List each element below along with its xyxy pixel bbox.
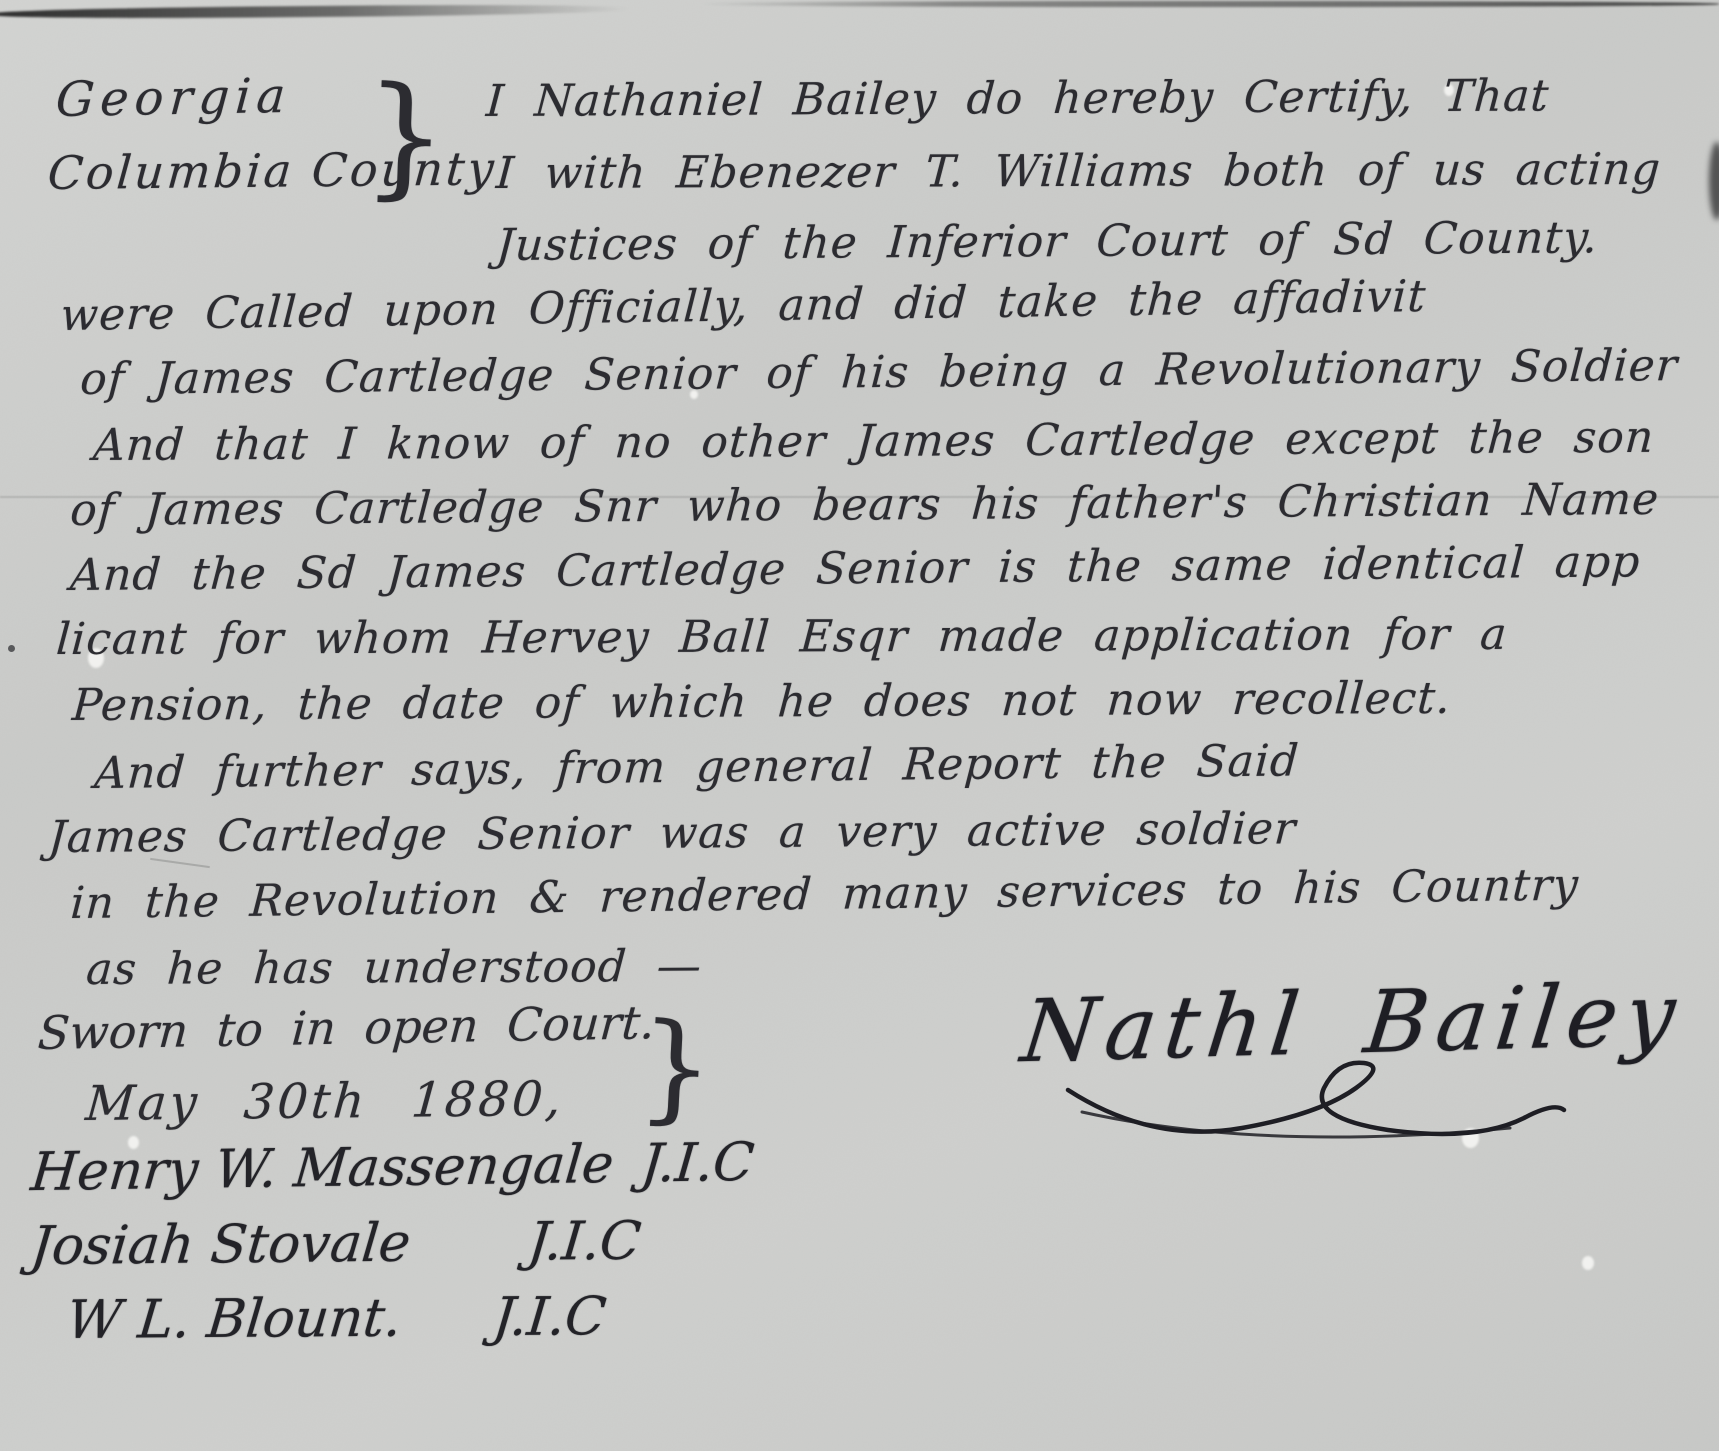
body-line: And that I know of no other James Cartle… <box>92 412 1656 471</box>
paper-fleck <box>1462 1128 1479 1148</box>
body-line: in the Revolution & rendered many servic… <box>69 860 1580 929</box>
sworn-statement: Sworn to in open Court. <box>36 995 656 1060</box>
body-line: James Cartledge Senior was a very active… <box>47 803 1298 863</box>
body-line: I Nathaniel Bailey do hereby Certify, Th… <box>485 70 1551 127</box>
body-line: licant for whom Hervey Ball Esqr made ap… <box>55 609 1510 665</box>
witness-title: J.I.C <box>639 1132 757 1195</box>
body-line: as he has understood — <box>85 941 704 995</box>
scan-artifact-streak <box>700 1 1719 7</box>
witness-name: W L. Blount. <box>64 1288 404 1351</box>
body-line: of James Cartledge Senior of his being a… <box>79 340 1680 405</box>
witness-signature-row: Josiah StovaleJ.I.C <box>28 1211 643 1277</box>
body-line: were Called upon Officially, and did tak… <box>59 271 1427 341</box>
venue-state: Georgia <box>54 68 293 128</box>
scan-artifact-streak <box>0 3 630 20</box>
witness-title: J.I.C <box>525 1211 643 1273</box>
paper-fleck <box>1582 1256 1594 1270</box>
body-line: of James Cartledge Snr who bears his fat… <box>69 474 1661 536</box>
ink-dot <box>8 645 15 652</box>
primary-signature: Nathl Bailey <box>1017 965 1688 1083</box>
witness-signature-row: Henry W. MassengaleJ.I.C <box>28 1132 756 1203</box>
body-line: And further says, from general Report th… <box>93 735 1301 799</box>
body-line: I with Ebenezer T. Williams both of us a… <box>495 144 1663 199</box>
attestation-date: May 30th 1880, <box>84 1071 566 1132</box>
witness-name: Josiah Stovale <box>28 1213 413 1277</box>
scanned-affidavit-page: Georgia Columbia County } I Nathaniel Ba… <box>0 0 1719 1451</box>
witness-name: Henry W. Massengale <box>28 1134 616 1203</box>
body-line: Pension, the date of which he does not n… <box>71 673 1453 731</box>
body-line: And the Sd James Cartledge Senior is the… <box>69 536 1642 601</box>
witness-title: J.I.C <box>490 1286 608 1348</box>
witness-signature-row: W L. Blount.J.I.C <box>64 1286 609 1351</box>
venue-brace-glyph: } <box>361 58 450 215</box>
body-line: Justices of the Inferior Court of Sd Cou… <box>495 212 1600 271</box>
scan-artifact-blotch <box>1709 142 1719 220</box>
attestation-brace-glyph: } <box>635 996 717 1138</box>
